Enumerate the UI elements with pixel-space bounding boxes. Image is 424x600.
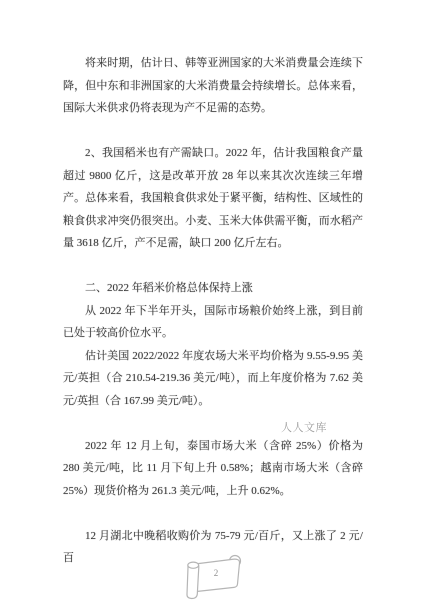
document-page: 将来时期，估计日、韩等亚洲国家的大米消费量会连续下降，但中东和非洲国家的大米消费… <box>0 0 424 600</box>
watermark: 人人文库 <box>281 419 327 435</box>
page-footer: 2 <box>178 551 248 600</box>
paragraph-domestic-supply-gap: 2、我国稻米也有产需缺口。2022 年，估计我国粮食产量超过 9800 亿斤，这… <box>63 142 363 255</box>
page-number: 2 <box>208 568 224 578</box>
paragraph-thailand-vietnam-price: 2022 年 12 月上旬，泰国市场大米（含碎 25%）价格为 280 美元/吨… <box>63 435 363 503</box>
paragraph-rice-consumption-outlook: 将来时期，估计日、韩等亚洲国家的大米消费量会连续下降，但中东和非洲国家的大米消费… <box>63 52 363 120</box>
paragraph-us-farm-price: 估计美国 2022/2022 年度农场大米平均价格为 9.55-9.95 美元/… <box>63 345 363 413</box>
section-heading-price-rise: 二、2022 年稻米价格总体保持上涨 <box>63 277 363 300</box>
paragraph-international-price-level: 从 2022 年下半年开头，国际市场粮价始终上涨，到目前已处于较高价位水平。 <box>63 300 363 345</box>
document-body: 将来时期，估计日、韩等亚洲国家的大米消费量会连续下降，但中东和非洲国家的大米消费… <box>63 52 363 570</box>
